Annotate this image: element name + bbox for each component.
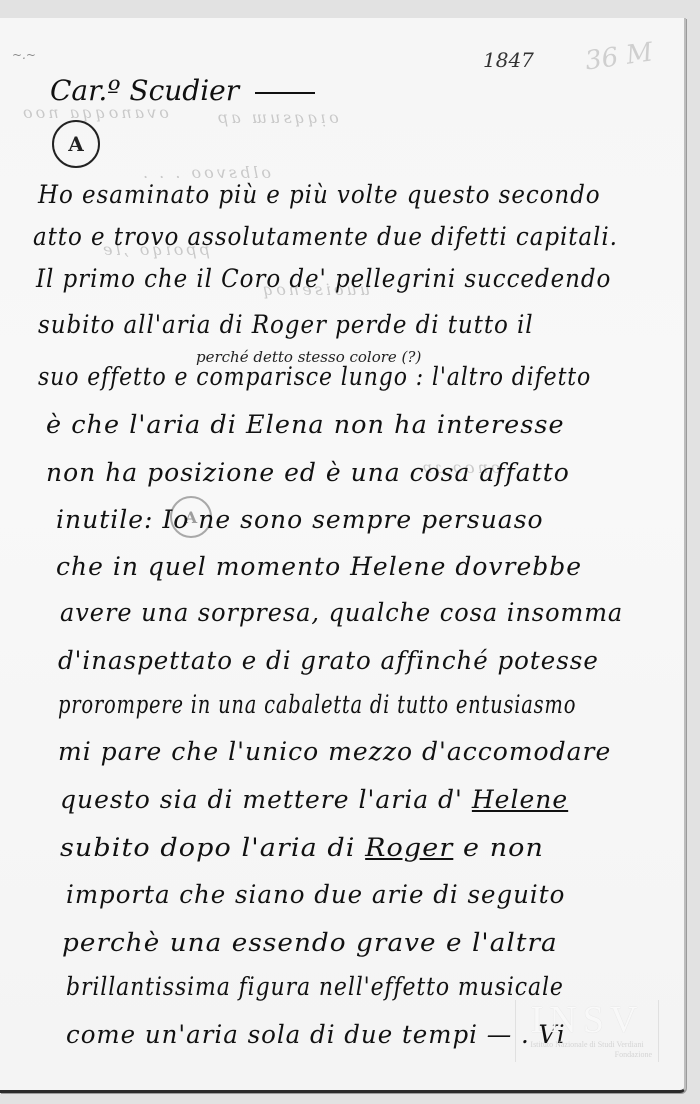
watermark-logo: INSV [516,1000,658,1040]
watermark-subtitle: Istituto Nazionale di Studi Verdiani [516,1040,658,1050]
letter-line: d'inaspettato e di grato affinché potess… [58,646,599,675]
underlined-name: Helene [472,785,568,814]
letter-line: inutile: Io ne sono sempre persuaso [56,505,544,534]
letter-line: è che l'aria di Elena non ha interesse [46,410,565,439]
letter-line: avere una sorpresa, qualche cosa insomma [60,598,623,627]
letter-line: Il primo che il Coro de' pellegrini succ… [36,264,611,293]
letter-line: che in quel momento Helene dovrebbe [56,552,582,581]
letter-line: importa che siano due arie di seguito [66,880,565,909]
letter-line: Ho esaminato più e più volte questo seco… [38,180,601,209]
letter-line: atto e trovo assolutamente due difetti c… [33,222,618,251]
bleed-through-text: oᴉqqsuɯ ap [215,108,339,127]
letter-line: perchè una essendo grave e l'altra [62,928,558,957]
letter-line: subito all'aria di Roger perde di tutto … [38,310,534,339]
letter-line: non ha posizione ed è una cosa affatto [46,458,570,487]
salutation-dash [255,92,315,94]
insv-watermark: INSV Istituto Nazionale di Studi Verdian… [515,1000,659,1062]
archive-stamp-icon: A [52,120,100,168]
letter-line: prorompere in una cabaletta di tutto ent… [58,690,576,719]
letter-line: questo sia di mettere l'aria d' Helene [60,785,568,814]
underlined-name: Roger [365,833,453,862]
letter-line: subito dopo l'aria di Roger e non [60,833,544,862]
salutation-text: Car.º Scudier [50,74,239,107]
letter-line: come un'aria sola di due tempi — . Vi [66,1020,566,1049]
letter-line: mi pare che l'unico mezzo d'accomodare [58,737,611,766]
letter-year: 1847 [483,48,534,72]
salutation: Car.º Scudier [50,74,315,107]
letter-line: brillantissima figura nell'effetto music… [66,972,564,1001]
letter-line: suo effetto e comparisce lungo : l'altro… [38,362,591,391]
watermark-subtitle-2: Fondazione [516,1050,658,1060]
corner-pencil-mark: ~.~ [12,48,36,62]
